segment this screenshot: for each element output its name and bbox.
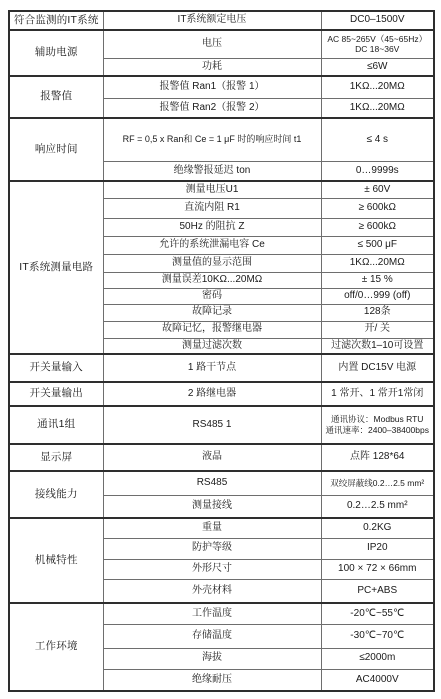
parameter-cell: 1 路干节点 (103, 354, 321, 382)
value-cell: 1KΩ...20MΩ (321, 98, 434, 118)
value-cell: ≥ 600kΩ (321, 198, 434, 218)
parameter-cell: 报警值 Ran2（报警 2） (103, 98, 321, 118)
table-row: 机械特性重量0.2KG (9, 518, 434, 538)
value-cell: off/0…999 (off) (321, 288, 434, 304)
value-line: 1KΩ...20MΩ (324, 257, 432, 270)
parameter-cell: 工作温度 (103, 603, 321, 624)
value-cell: -20℃~55℃ (321, 603, 434, 624)
value-cell: 0…9999s (321, 161, 434, 181)
value-line: -20℃~55℃ (324, 608, 432, 621)
value-line: IP20 (324, 542, 432, 555)
category-group-cell: 开关量输出 (9, 382, 103, 406)
value-line: ≤ 500 μF (324, 239, 432, 252)
value-cell: ≤6W (321, 58, 434, 76)
value-line: 100 × 72 × 66mm (324, 563, 432, 576)
value-line: 0.2…2.5 mm² (324, 500, 432, 513)
value-cell: ≤ 4 s (321, 118, 434, 161)
category-group-cell: 报警值 (9, 76, 103, 118)
value-cell: 开/ 关 (321, 321, 434, 338)
value-cell: 0.2…2.5 mm² (321, 495, 434, 518)
parameter-cell: 2 路继电器 (103, 382, 321, 406)
value-line: 通讯协议：Modbus RTU (324, 414, 432, 425)
value-line: 双绞屏蔽线0.2…2.5 mm² (324, 478, 432, 489)
parameter-cell: 存储温度 (103, 624, 321, 648)
category-group-cell: 显示屏 (9, 444, 103, 471)
parameter-cell: 50Hz 的阻抗 Z (103, 218, 321, 236)
value-cell: 点阵 128*64 (321, 444, 434, 471)
parameter-cell: 功耗 (103, 58, 321, 76)
table-row: 接线能力RS485双绞屏蔽线0.2…2.5 mm² (9, 471, 434, 495)
table-row: 符合监测的IT系统IT系统额定电压DC0–1500V (9, 11, 434, 30)
value-cell: 100 × 72 × 66mm (321, 559, 434, 579)
value-line: ≥ 600kΩ (324, 202, 432, 215)
table-row: 通讯1组RS485 1通讯协议：Modbus RTU通讯速率：2400–3840… (9, 406, 434, 444)
category-group-cell: 通讯1组 (9, 406, 103, 444)
value-line: DC0–1500V (324, 14, 432, 27)
parameter-cell: 测量误差10KΩ...20MΩ (103, 272, 321, 288)
parameter-cell: 测量电压U1 (103, 181, 321, 198)
value-cell: ≥ 600kΩ (321, 218, 434, 236)
parameter-cell: 外形尺寸 (103, 559, 321, 579)
value-cell: 0.2KG (321, 518, 434, 538)
value-line: off/0…999 (off) (324, 290, 432, 303)
value-line: 内置 DC15V 电源 (324, 362, 432, 375)
value-line: ≥ 600kΩ (324, 221, 432, 234)
parameter-cell: 测量过滤次数 (103, 338, 321, 354)
parameter-cell: 故障记录 (103, 304, 321, 321)
value-line: 通讯速率：2400–38400bps (324, 425, 432, 436)
category-group-cell: 符合监测的IT系统 (9, 11, 103, 30)
table-row: 报警值报警值 Ran1（报警 1）1KΩ...20MΩ (9, 76, 434, 98)
value-cell: AC 85~265V（45~65Hz）DC 18~36V (321, 30, 434, 58)
value-cell: 双绞屏蔽线0.2…2.5 mm² (321, 471, 434, 495)
parameter-cell: 直流内阻 R1 (103, 198, 321, 218)
parameter-cell: 外壳材料 (103, 579, 321, 603)
category-group-cell: 接线能力 (9, 471, 103, 518)
table-row: 响应时间RF = 0,5 x Ran和 Ce = 1 μF 时的响应时间 t1≤… (9, 118, 434, 161)
table-row: 开关量输出2 路继电器1 常开、1 常开1常闭 (9, 382, 434, 406)
value-cell: ≤2000m (321, 648, 434, 669)
parameter-cell: 液晶 (103, 444, 321, 471)
value-cell: DC0–1500V (321, 11, 434, 30)
value-cell: 内置 DC15V 电源 (321, 354, 434, 382)
value-line: AC 85~265V（45~65Hz） (324, 34, 432, 45)
parameter-cell: 重量 (103, 518, 321, 538)
value-line: 点阵 128*64 (324, 451, 432, 464)
parameter-cell: 故障记忆，报警继电器 (103, 321, 321, 338)
parameter-cell: 报警值 Ran1（报警 1） (103, 76, 321, 98)
parameter-cell: 海拔 (103, 648, 321, 669)
value-cell: 1KΩ...20MΩ (321, 254, 434, 272)
value-cell: IP20 (321, 538, 434, 559)
value-line: 1KΩ...20MΩ (324, 102, 432, 115)
value-cell: -30℃~70℃ (321, 624, 434, 648)
value-cell: ≤ 500 μF (321, 236, 434, 254)
value-line: ≤6W (324, 61, 432, 74)
value-cell: 通讯协议：Modbus RTU通讯速率：2400–38400bps (321, 406, 434, 444)
value-line: 128条 (324, 306, 432, 319)
value-cell: ± 15 % (321, 272, 434, 288)
category-group-cell: IT系统测量电路 (9, 181, 103, 354)
parameter-cell: 绝缘警报延迟 ton (103, 161, 321, 181)
spec-table: 符合监测的IT系统IT系统额定电压DC0–1500V辅助电源电压AC 85~26… (8, 10, 435, 692)
value-line: PC+ABS (324, 585, 432, 598)
category-group-cell: 开关量输入 (9, 354, 103, 382)
value-line: 1KΩ...20MΩ (324, 81, 432, 94)
category-group-cell: 响应时间 (9, 118, 103, 181)
value-line: ± 60V (324, 184, 432, 197)
category-group-cell: 机械特性 (9, 518, 103, 603)
parameter-cell: IT系统额定电压 (103, 11, 321, 30)
value-line: ± 15 % (324, 274, 432, 287)
parameter-cell: RF = 0,5 x Ran和 Ce = 1 μF 时的响应时间 t1 (103, 118, 321, 161)
value-cell: AC4000V (321, 669, 434, 691)
value-line: 0.2KG (324, 522, 432, 535)
value-line: 开/ 关 (324, 323, 432, 336)
parameter-cell: RS485 1 (103, 406, 321, 444)
value-line: AC4000V (324, 674, 432, 687)
parameter-cell: 绝缘耐压 (103, 669, 321, 691)
table-row: 显示屏液晶点阵 128*64 (9, 444, 434, 471)
category-group-cell: 辅助电源 (9, 30, 103, 76)
value-line: DC 18~36V (324, 44, 432, 55)
table-row: 开关量输入1 路干节点内置 DC15V 电源 (9, 354, 434, 382)
value-cell: 过滤次数1–10可设置 (321, 338, 434, 354)
parameter-cell: 防护等级 (103, 538, 321, 559)
value-cell: PC+ABS (321, 579, 434, 603)
spec-table-body: 符合监测的IT系统IT系统额定电压DC0–1500V辅助电源电压AC 85~26… (9, 11, 434, 691)
parameter-cell: 允许的系统泄漏电容 Ce (103, 236, 321, 254)
parameter-cell: 测量接线 (103, 495, 321, 518)
table-row: IT系统测量电路测量电压U1± 60V (9, 181, 434, 198)
parameter-cell: 密码 (103, 288, 321, 304)
value-cell: 128条 (321, 304, 434, 321)
table-row: 辅助电源电压AC 85~265V（45~65Hz）DC 18~36V (9, 30, 434, 58)
value-line: 1 常开、1 常开1常闭 (324, 388, 432, 401)
value-cell: 1KΩ...20MΩ (321, 76, 434, 98)
value-line: 过滤次数1–10可设置 (324, 340, 432, 353)
parameter-cell: 测量值的显示范围 (103, 254, 321, 272)
value-cell: ± 60V (321, 181, 434, 198)
value-line: 0…9999s (324, 165, 432, 178)
table-row: 工作环境工作温度-20℃~55℃ (9, 603, 434, 624)
parameter-cell: RS485 (103, 471, 321, 495)
parameter-cell: 电压 (103, 30, 321, 58)
value-line: ≤2000m (324, 652, 432, 665)
value-line: ≤ 4 s (324, 134, 432, 147)
value-line: -30℃~70℃ (324, 630, 432, 643)
category-group-cell: 工作环境 (9, 603, 103, 691)
value-cell: 1 常开、1 常开1常闭 (321, 382, 434, 406)
